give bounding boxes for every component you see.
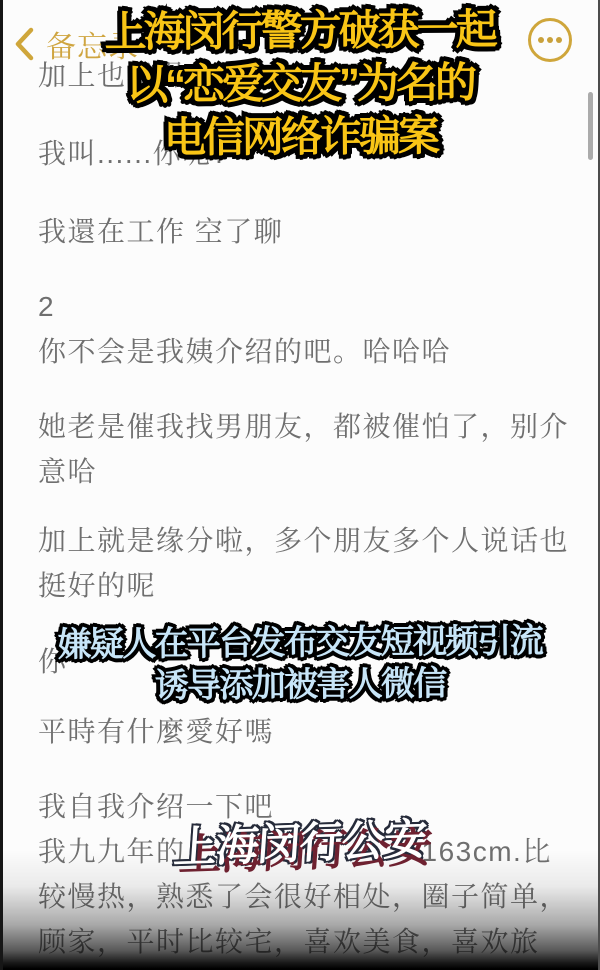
note-paragraph: 2 你不会是我姨介绍的吧。哈哈哈 [38, 284, 570, 374]
note-paragraph: 我還在工作 空了聊 [38, 209, 570, 254]
headline-overlay: 上海闵行警方破获一起 以“恋爱交友”为名的 电信网络诈骗案 [0, 2, 600, 165]
caption-line: 嫌疑人在平台发布交友短视频引流 [0, 619, 600, 666]
headline-line: 电信网络诈骗案 [0, 108, 600, 165]
left-edge-border [0, 0, 3, 970]
watermark: 上海闵行公安 [172, 806, 428, 876]
headline-line: 以“恋爱交友”为名的 [0, 55, 600, 112]
caption-overlay: 嫌疑人在平台发布交友短视频引流 诱导添加被害人微信 [0, 619, 600, 708]
caption-line: 诱导添加被害人微信 [0, 661, 600, 708]
headline-line: 上海闵行警方破获一起 [0, 2, 600, 59]
note-paragraph: 她老是催我找男朋友，都被催怕了，别介 意哈 [38, 404, 570, 494]
note-paragraph: 加上就是缘分啦，多个朋友多个人说话也 挺好的呢 [38, 518, 570, 608]
note-paragraph: 平時有什麼愛好嗎 [38, 709, 570, 754]
memo-screen: 备忘录 加上也早得 我叫......你呢? 我還在工作 空了聊 2 你不会是我姨… [0, 0, 600, 970]
